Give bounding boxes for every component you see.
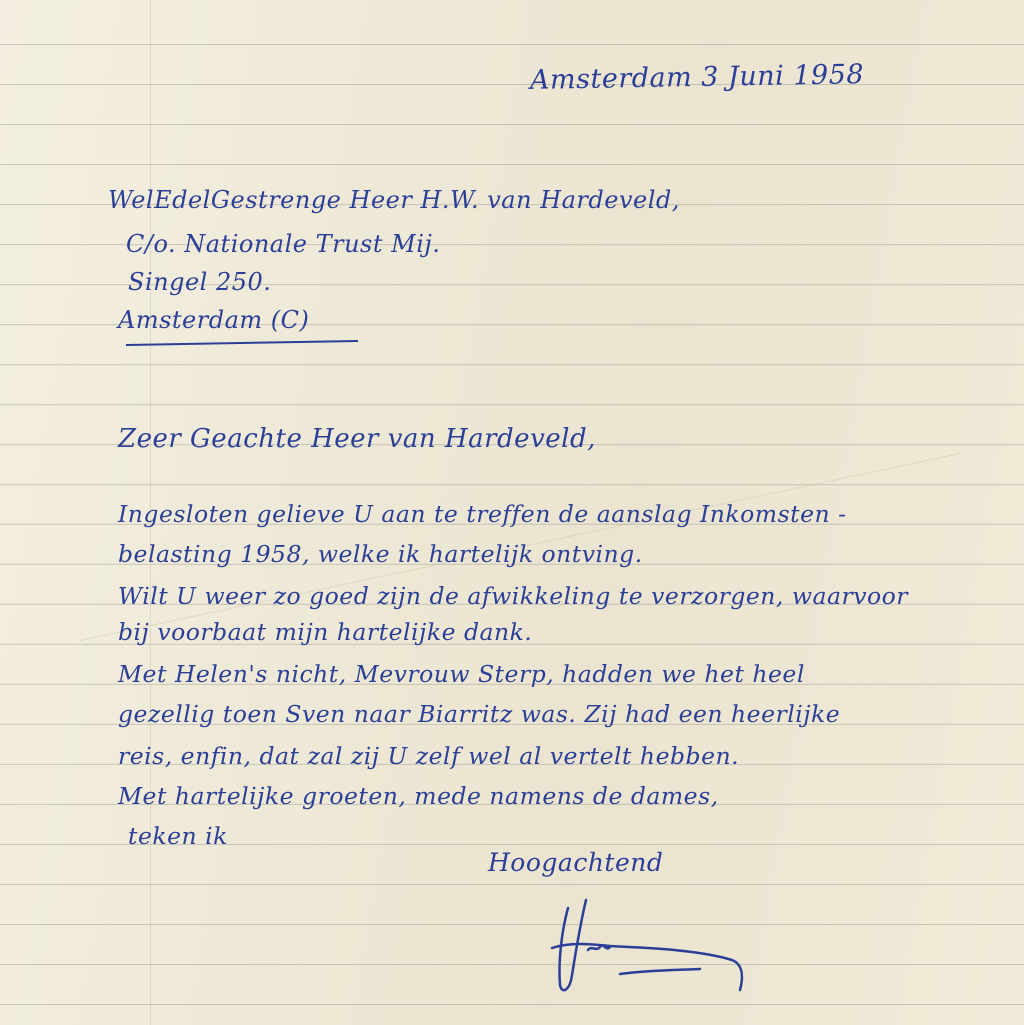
address-underline bbox=[126, 340, 358, 346]
body-line: bij voorbaat mijn hartelijke dank. bbox=[118, 618, 532, 646]
body-line: gezellig toen Sven naar Biarritz was. Zi… bbox=[118, 700, 840, 728]
body-line: teken ik bbox=[128, 822, 228, 850]
body-line: Met hartelijke groeten, mede namens de d… bbox=[118, 782, 719, 810]
body-line: Met Helen's nicht, Mevrouw Sterp, hadden… bbox=[118, 660, 805, 688]
body-line: Ingesloten gelieve U aan te treffen de a… bbox=[118, 500, 847, 528]
closing: Hoogachtend bbox=[488, 848, 663, 877]
signature-icon bbox=[540, 890, 760, 1000]
address-care-of: C/o. Nationale Trust Mij. bbox=[126, 230, 440, 258]
dateline: Amsterdam 3 Juni 1958 bbox=[530, 59, 865, 96]
address-recipient: WelEdelGestrenge Heer H.W. van Hardeveld… bbox=[108, 186, 680, 214]
address-street: Singel 250. bbox=[128, 268, 271, 296]
letter-page: Amsterdam 3 Juni 1958 WelEdelGestrenge H… bbox=[0, 0, 1024, 1025]
address-city: Amsterdam (C) bbox=[118, 306, 309, 334]
body-line: reis, enfin, dat zal zij U zelf wel al v… bbox=[118, 742, 739, 770]
salutation: Zeer Geachte Heer van Hardeveld, bbox=[118, 424, 596, 454]
body-line: Wilt U weer zo goed zijn de afwikkeling … bbox=[118, 582, 908, 610]
body-line: belasting 1958, welke ik hartelijk ontvi… bbox=[118, 540, 643, 568]
